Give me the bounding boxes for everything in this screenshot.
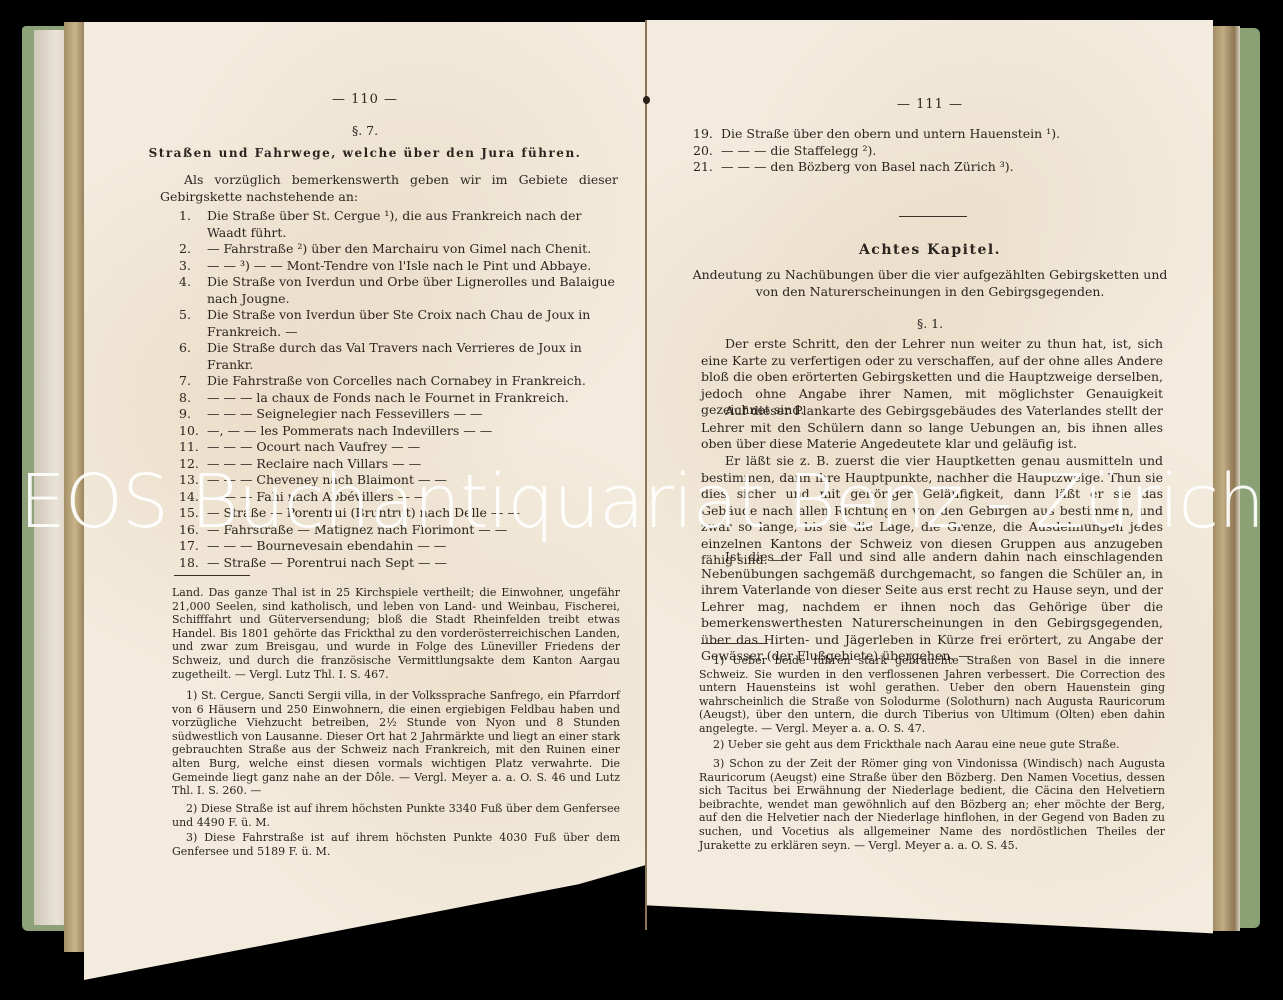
chapter-subtitle: Andeutung zu Nachübungen über die vier a…: [683, 267, 1177, 300]
footnote-3: 3) Schon zu der Zeit der Römer ging von …: [699, 757, 1165, 852]
list-item: 4.Die Straße von Iverdun und Orbe über L…: [179, 274, 619, 307]
list-item: 20.— — — die Staffelegg ²).: [693, 143, 1163, 160]
continued-footnote: Land. Das ganze Thal ist in 25 Kirchspie…: [172, 586, 620, 681]
section-number: §. 1.: [647, 316, 1213, 333]
list-item: 2.— Fahrstraße ²) über den Marchairu von…: [179, 241, 619, 258]
footnote-2: 2) Ueber sie geht aus dem Frickthale nac…: [699, 738, 1165, 752]
list-item: 18.— Straße — Porentrui nach Sept — —: [179, 555, 619, 572]
road-list-continued: 19.Die Straße über den obern und untern …: [693, 126, 1163, 176]
list-item: 21.— — — den Bözberg von Basel nach Züri…: [693, 159, 1163, 176]
page-number: — 110 —: [84, 92, 646, 109]
footnote-2: 2) Diese Straße ist auf ihrem höchsten P…: [172, 802, 620, 829]
intro-text: Als vorzüglich bemerkenswerth geben wir …: [160, 172, 618, 205]
list-item: 5.Die Straße von Iverdun über Ste Croix …: [179, 307, 619, 340]
footnote-rule: [701, 643, 767, 644]
footnote-1: 1) Ueber beide führen stark gebrauchte S…: [699, 654, 1165, 736]
list-item: 9.— — — Seignelegier nach Fessevillers —…: [179, 406, 619, 423]
paragraph-2: Auf dieser Plankarte des Gebirgsgebäudes…: [701, 403, 1163, 453]
list-item: 6.Die Straße durch das Val Travers nach …: [179, 340, 619, 373]
chapter-title: Achtes Kapitel.: [647, 242, 1213, 259]
footnote-1: 1) St. Cergue, Sancti Sergii villa, in d…: [172, 689, 620, 798]
list-item: 10.—, — — les Pommerats nach Indevillers…: [179, 423, 619, 440]
footnote-rule: [174, 575, 250, 576]
watermark: EOS Buchantiquariat Benz - Zürich: [0, 452, 1283, 552]
list-item: 3.— — ³) — — Mont-Tendre von l'Isle nach…: [179, 258, 619, 275]
section-rule: [899, 216, 967, 217]
binding-hole: [643, 96, 650, 104]
section-number: §. 7.: [84, 123, 646, 140]
list-item: 1.Die Straße über St. Cergue ¹), die aus…: [179, 208, 619, 241]
page-number: — 111 —: [647, 97, 1213, 114]
footnote-3: 3) Diese Fahrstraße ist auf ihrem höchst…: [172, 831, 620, 858]
section-heading: Straßen und Fahrwege, welche über den Ju…: [84, 145, 646, 162]
list-item: 19.Die Straße über den obern und untern …: [693, 126, 1163, 143]
list-item: 8.— — — la chaux de Fonds nach le Fourne…: [179, 390, 619, 407]
paragraph-4: Ist dies der Fall und sind alle andern d…: [701, 549, 1163, 665]
list-item: 7.Die Fahrstraße von Corcelles nach Corn…: [179, 373, 619, 390]
